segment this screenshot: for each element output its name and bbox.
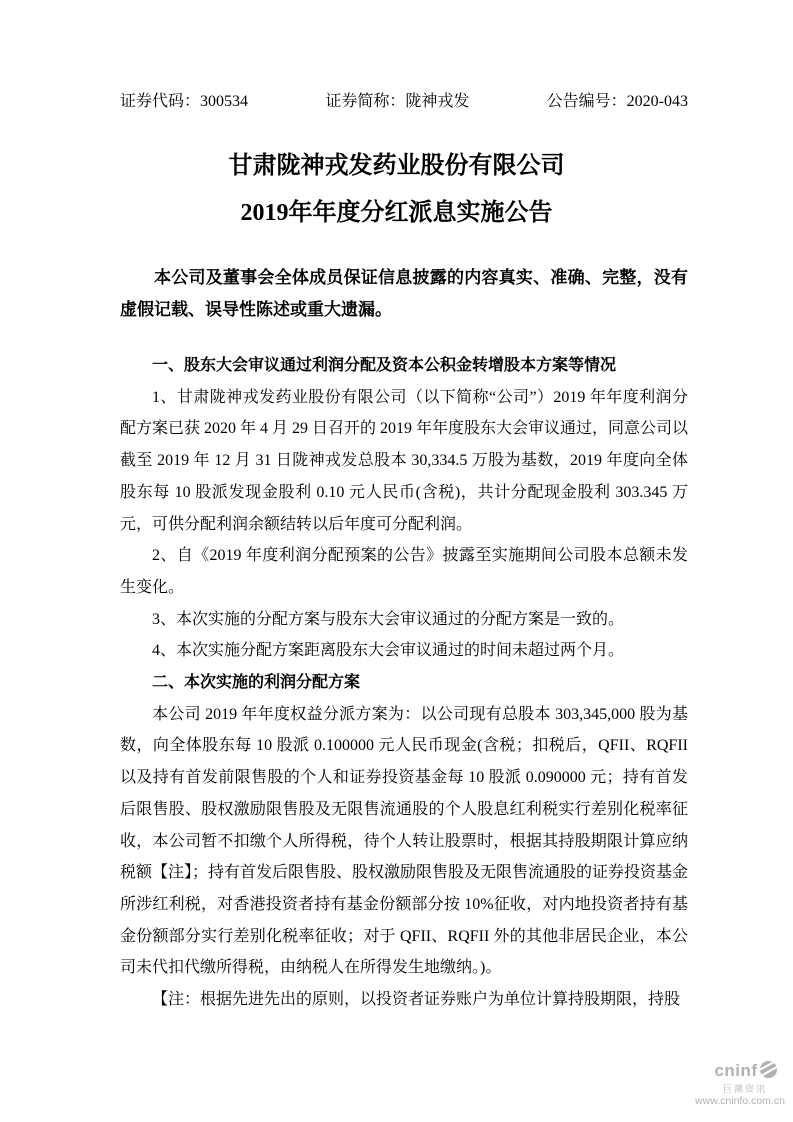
section-2-note-paragraph: 【注：根据先进先出的原则，以投资者证券账户为单位计算持股期限，持股 <box>120 984 688 1016</box>
company-name-title: 甘肃陇神戎发药业股份有限公司 <box>0 143 793 190</box>
doc-body: 一、股东大会审议通过利润分配及资本公积金转增股本方案等情况 1、甘肃陇神戎发药业… <box>120 350 688 1016</box>
cninfo-cn-name: 巨潮资讯 <box>702 1085 788 1095</box>
stock-code: 证券代码：300534 <box>120 92 248 112</box>
document-page: 证券代码：300534 证券简称：陇神戎发 公告编号：2020-043 甘肃陇神… <box>0 0 793 1122</box>
section-1-paragraph-3: 3、本次实施的分配方案与股东大会审议通过的分配方案是一致的。 <box>120 604 688 636</box>
cninfo-logo: cninf <box>704 1060 788 1084</box>
announcement-number: 公告编号：2020-043 <box>547 92 688 112</box>
cninfo-logo-text: cninf <box>714 1062 757 1081</box>
disclaimer-paragraph: 本公司及董事会全体成员保证信息披露的内容真实、准确、完整，没有虚假记载、误导性陈… <box>120 262 688 326</box>
section-1-paragraph-1: 1、甘肃陇神戎发药业股份有限公司（以下简称“公司”）2019 年年度利润分配方案… <box>120 382 688 541</box>
cninfo-url: www.cninfo.com.cn <box>692 1096 788 1108</box>
section-1-paragraph-4: 4、本次实施分配方案距离股东大会审议通过的时间未超过两个月。 <box>120 635 688 667</box>
section-1-heading: 一、股东大会审议通过利润分配及资本公积金转增股本方案等情况 <box>120 350 688 382</box>
doc-title: 甘肃陇神戎发药业股份有限公司 2019年年度分红派息实施公告 <box>0 143 793 237</box>
doc-header: 证券代码：300534 证券简称：陇神戎发 公告编号：2020-043 <box>120 92 688 112</box>
announcement-title: 2019年年度分红派息实施公告 <box>0 190 793 237</box>
stock-short-name: 证券简称：陇神戎发 <box>325 92 469 112</box>
cninfo-swirl-icon <box>759 1060 778 1084</box>
cninfo-watermark: cninf 巨潮资讯 www.cninfo.com.cn <box>692 1060 788 1108</box>
section-1-paragraph-2: 2、自《2019 年度利润分配预案的公告》披露至实施期间公司股本总额未发生变化。 <box>120 540 688 603</box>
section-2-paragraph-1: 本公司 2019 年年度权益分派方案为：以公司现有总股本 303,345,000… <box>120 699 688 984</box>
section-2-heading: 二、本次实施的利润分配方案 <box>120 667 688 699</box>
